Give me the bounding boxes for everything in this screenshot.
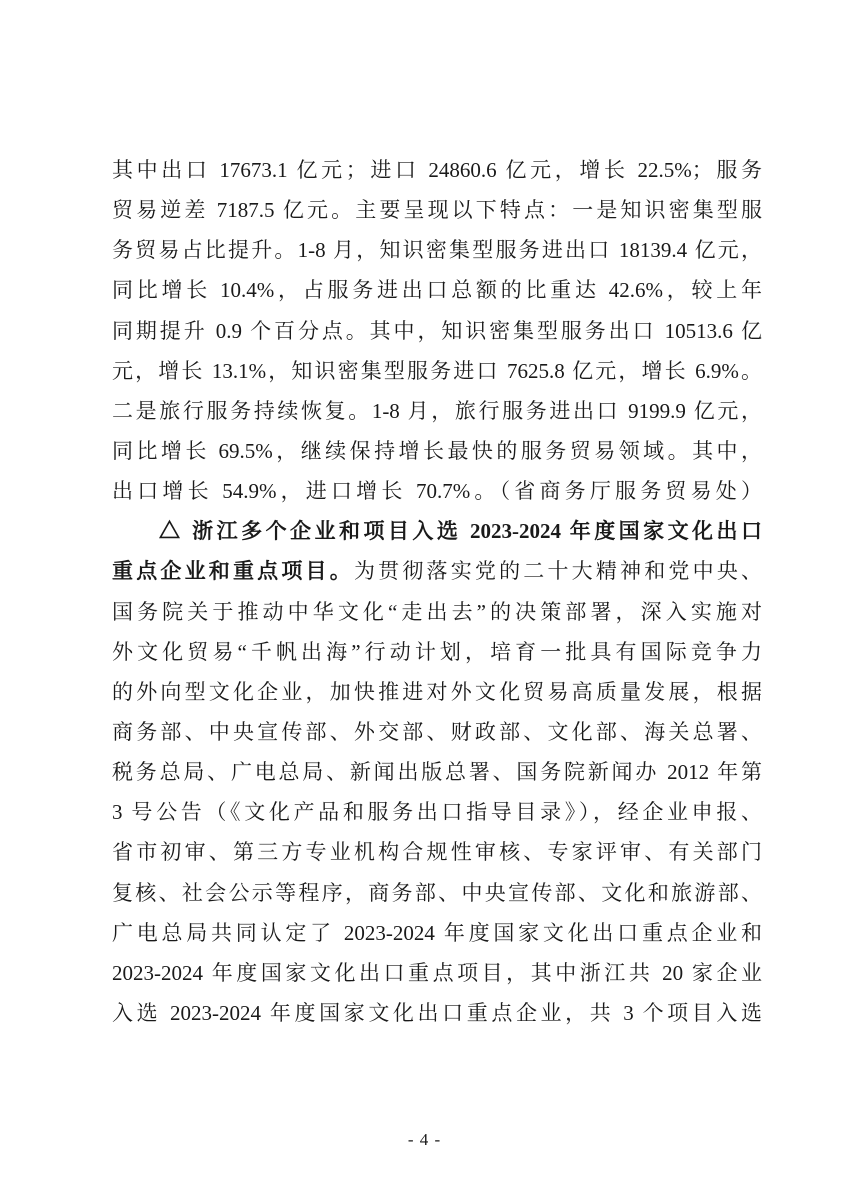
paragraph-culture-export-selection: △ 浙江多个企业和项目入选 2023-2024 年度国家文化出口重点企业和重点项… [112, 511, 762, 1033]
text-line: 贸易逆差 7187.5 亿元。主要呈现以下特点：一是知识密集型服 [112, 190, 762, 230]
text-line: 务贸易占比提升。1-8 月，知识密集型服务进出口 18139.4 亿元， [112, 230, 762, 270]
text-run: 务贸易占比提升。1-8 月，知识密集型服务进出口 18139.4 亿元， [112, 238, 762, 262]
bold-text-run: 重点企业和重点项目。 [112, 559, 354, 583]
document-page: 其中出口 17673.1 亿元；进口 24860.6 亿元，增长 22.5%；服… [0, 0, 849, 1200]
text-line: 国务院关于推动中华文化“走出去”的决策部署，深入实施对 [112, 592, 762, 632]
text-run: 国务院关于推动中华文化“走出去”的决策部署，深入实施对 [112, 600, 762, 624]
text-run: 同期提升 0.9 个百分点。其中，知识密集型服务出口 10513.6 亿 [112, 319, 762, 343]
text-run: 税务总局、广电总局、新闻出版总署、国务院新闻办 2012 年第 [112, 760, 762, 784]
document-body: 其中出口 17673.1 亿元；进口 24860.6 亿元，增长 22.5%；服… [112, 150, 762, 1033]
text-line: 重点企业和重点项目。为贯彻落实党的二十大精神和党中央、 [112, 551, 762, 591]
text-line: 广电总局共同认定了 2023-2024 年度国家文化出口重点企业和 [112, 913, 762, 953]
text-run: 3 号公告（《文化产品和服务出口指导目录》），经企业申报、 [112, 800, 762, 824]
text-line: 同期提升 0.9 个百分点。其中，知识密集型服务出口 10513.6 亿 [112, 311, 762, 351]
text-run: 省市初审、第三方专业机构合规性审核、专家评审、有关部门 [112, 840, 762, 864]
text-line: 出口增长 54.9%，进口增长 70.7%。（省商务厅服务贸易处） [112, 471, 762, 511]
bold-text-run: △ 浙江多个企业和项目入选 2023-2024 年度国家文化出口 [159, 519, 762, 543]
text-line: 3 号公告（《文化产品和服务出口指导目录》），经企业申报、 [112, 792, 762, 832]
text-line: 二是旅行服务持续恢复。1-8 月，旅行服务进出口 9199.9 亿元， [112, 391, 762, 431]
text-line: 同比增长 69.5%，继续保持增长最快的服务贸易领域。其中， [112, 431, 762, 471]
text-line: 2023-2024 年度国家文化出口重点项目，其中浙江共 20 家企业 [112, 953, 762, 993]
text-run: 贸易逆差 7187.5 亿元。主要呈现以下特点：一是知识密集型服 [112, 198, 762, 222]
text-run: 广电总局共同认定了 2023-2024 年度国家文化出口重点企业和 [112, 921, 762, 945]
text-line: 省市初审、第三方专业机构合规性审核、专家评审、有关部门 [112, 832, 762, 872]
text-line: 其中出口 17673.1 亿元；进口 24860.6 亿元，增长 22.5%；服… [112, 150, 762, 190]
text-run: 外文化贸易“千帆出海”行动计划，培育一批具有国际竞争力 [112, 640, 762, 664]
text-run: 出口增长 54.9%，进口增长 70.7%。（省商务厅服务贸易处） [112, 479, 762, 503]
text-line: 复核、社会公示等程序，商务部、中央宣传部、文化和旅游部、 [112, 873, 762, 913]
text-line: 商务部、中央宣传部、外交部、财政部、文化部、海关总署、 [112, 712, 762, 752]
text-run: 2023-2024 年度国家文化出口重点项目，其中浙江共 20 家企业 [112, 961, 762, 985]
page-number: - 4 - [408, 1130, 441, 1149]
text-line: 入选 2023-2024 年度国家文化出口重点企业，共 3 个项目入选 [112, 993, 762, 1033]
text-line: 元，增长 13.1%，知识密集型服务进口 7625.8 亿元，增长 6.9%。 [112, 351, 762, 391]
text-run: 复核、社会公示等程序，商务部、中央宣传部、文化和旅游部、 [112, 881, 762, 905]
text-line: 同比增长 10.4%，占服务进出口总额的比重达 42.6%，较上年 [112, 270, 762, 310]
text-line: 的外向型文化企业，加快推进对外文化贸易高质量发展，根据 [112, 672, 762, 712]
text-run: 元，增长 13.1%，知识密集型服务进口 7625.8 亿元，增长 6.9%。 [112, 359, 762, 383]
text-line: 外文化贸易“千帆出海”行动计划，培育一批具有国际竞争力 [112, 632, 762, 672]
paragraph-service-trade-stats: 其中出口 17673.1 亿元；进口 24860.6 亿元，增长 22.5%；服… [112, 150, 762, 511]
text-run: 商务部、中央宣传部、外交部、财政部、文化部、海关总署、 [112, 720, 762, 744]
page-footer: - 4 - [0, 1130, 849, 1150]
text-run: 其中出口 17673.1 亿元；进口 24860.6 亿元，增长 22.5%；服… [112, 158, 762, 182]
text-line: 税务总局、广电总局、新闻出版总署、国务院新闻办 2012 年第 [112, 752, 762, 792]
text-run: 的外向型文化企业，加快推进对外文化贸易高质量发展，根据 [112, 680, 762, 704]
text-run: 为贯彻落实党的二十大精神和党中央、 [354, 559, 762, 583]
text-run: 同比增长 10.4%，占服务进出口总额的比重达 42.6%，较上年 [112, 278, 762, 302]
text-run: 同比增长 69.5%，继续保持增长最快的服务贸易领域。其中， [112, 439, 762, 463]
text-run: 入选 2023-2024 年度国家文化出口重点企业，共 3 个项目入选 [112, 1001, 762, 1025]
text-run: 二是旅行服务持续恢复。1-8 月，旅行服务进出口 9199.9 亿元， [112, 399, 762, 423]
text-line: △ 浙江多个企业和项目入选 2023-2024 年度国家文化出口 [112, 511, 762, 551]
